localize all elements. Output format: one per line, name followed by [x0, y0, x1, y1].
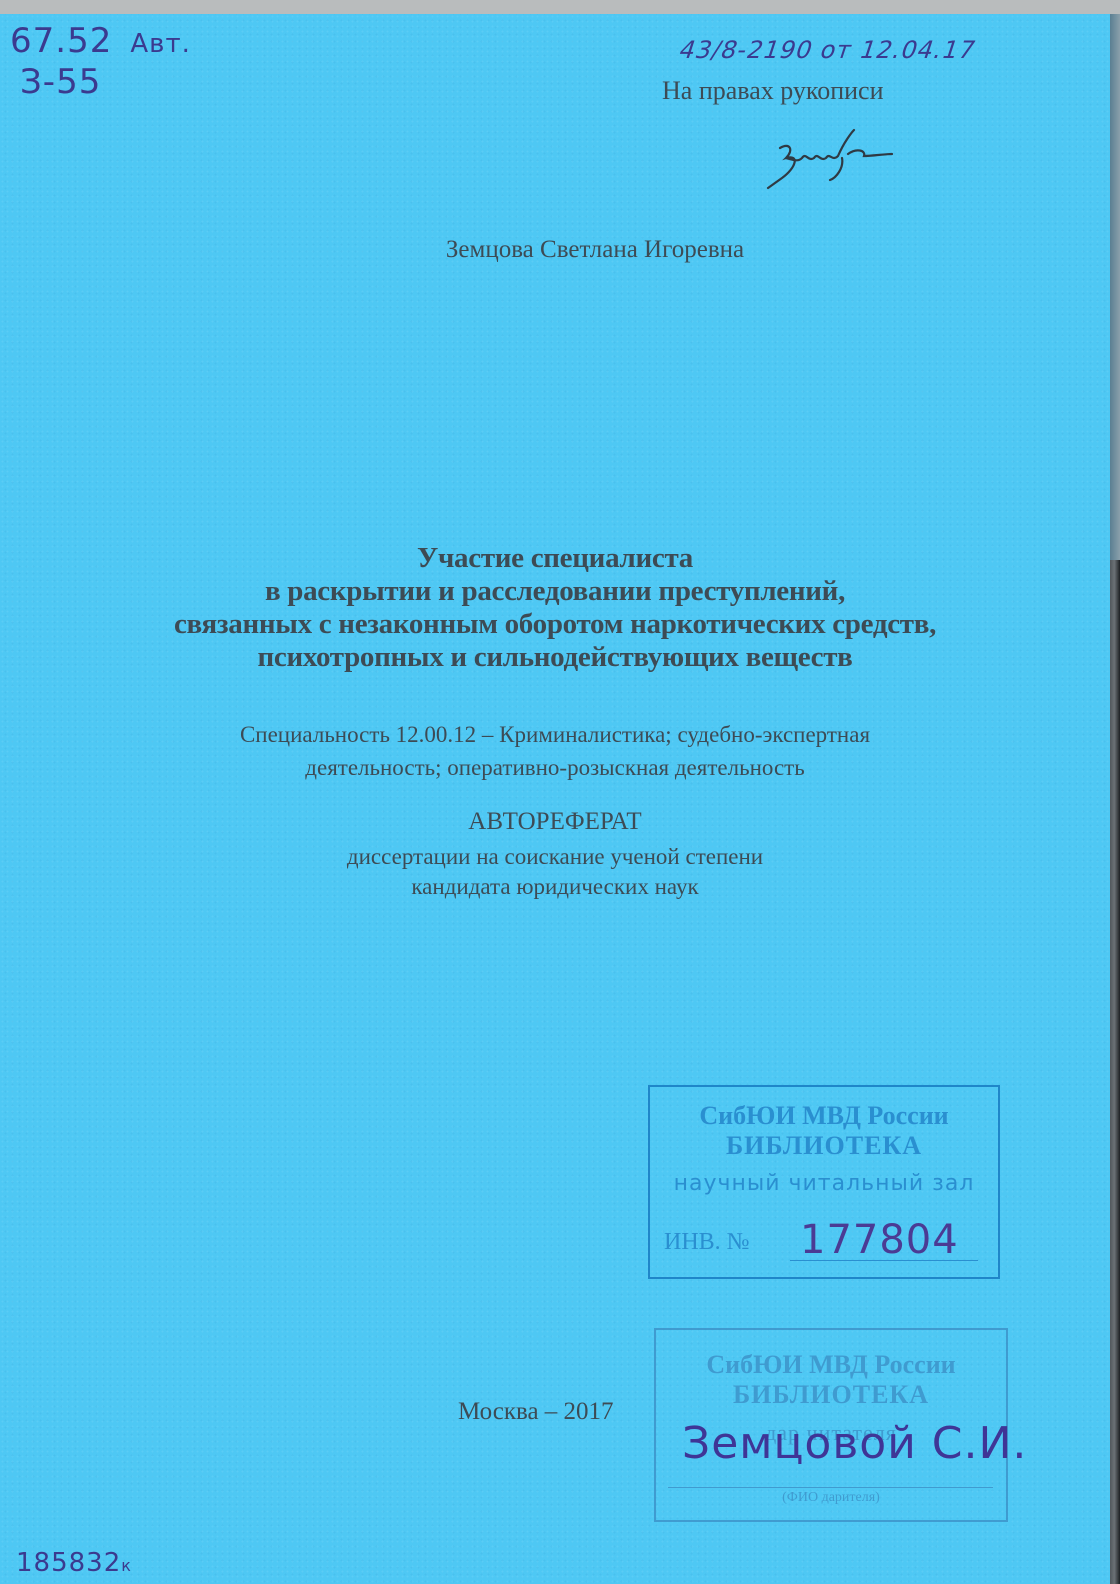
- stamp-library: БИБЛИОТЕКА: [650, 1131, 998, 1161]
- scan-border-top: [0, 0, 1120, 14]
- inventory-label: ИНВ. №: [664, 1229, 750, 1256]
- specialty-line: Специальность 12.00.12 – Криминалистика;…: [0, 718, 1110, 751]
- signature-icon: [760, 128, 900, 192]
- donor-underline: [668, 1487, 993, 1488]
- dissertation-title: Участие специалиста в раскрытии и рассле…: [0, 542, 1110, 674]
- library-stamp-reading-hall: СибЮИ МВД России БИБЛИОТЕКА научный чита…: [648, 1085, 1000, 1279]
- specialty-line: деятельность; оперативно-розыскная деяте…: [0, 751, 1110, 784]
- title-line: Участие специалиста: [0, 542, 1110, 575]
- city-year: Москва – 2017: [458, 1398, 614, 1426]
- donor-name: Земцовой С.И.: [682, 1418, 1027, 1469]
- degree-line: диссертации на соискание ученой степени: [0, 842, 1110, 872]
- stamp-library: БИБЛИОТЕКА: [656, 1380, 1006, 1410]
- title-line: связанных с незаконным оборотом наркотич…: [0, 608, 1110, 641]
- stamp-org: СибЮИ МВД России: [650, 1101, 998, 1131]
- specialty: Специальность 12.00.12 – Криминалистика;…: [0, 718, 1110, 784]
- document-type: АВТОРЕФЕРАТ: [0, 808, 1110, 836]
- bottom-code: 185832к: [16, 1548, 132, 1578]
- bottom-code-number: 185832: [16, 1548, 121, 1578]
- author-name: Земцова Светлана Игоревна: [0, 236, 1110, 264]
- rights-notice: На правах рукописи: [662, 76, 884, 106]
- stamp-hall: научный читальный зал: [650, 1171, 998, 1196]
- shelf-code-number: 67.52: [10, 21, 112, 61]
- registration-note: 43/8-2190 от 12.04.17: [675, 36, 980, 64]
- inventory-number: 177804: [800, 1217, 959, 1263]
- scan-border-right: [1110, 14, 1120, 574]
- bottom-code-suffix: к: [121, 1556, 132, 1575]
- title-line: в раскрытии и расследовании преступлений…: [0, 575, 1110, 608]
- donor-sub-label: (ФИО дарителя): [656, 1490, 1006, 1506]
- title-line: психотропных и сильнодействующих веществ: [0, 641, 1110, 674]
- shelf-code-auth: Авт.: [130, 29, 191, 59]
- shelf-code: 67.52Авт. З-55: [10, 22, 191, 101]
- degree-line: кандидата юридических наук: [0, 872, 1110, 902]
- degree: диссертации на соискание ученой степени …: [0, 842, 1110, 902]
- author-mark: З-55: [20, 63, 191, 101]
- stamp-org: СибЮИ МВД России: [656, 1350, 1006, 1380]
